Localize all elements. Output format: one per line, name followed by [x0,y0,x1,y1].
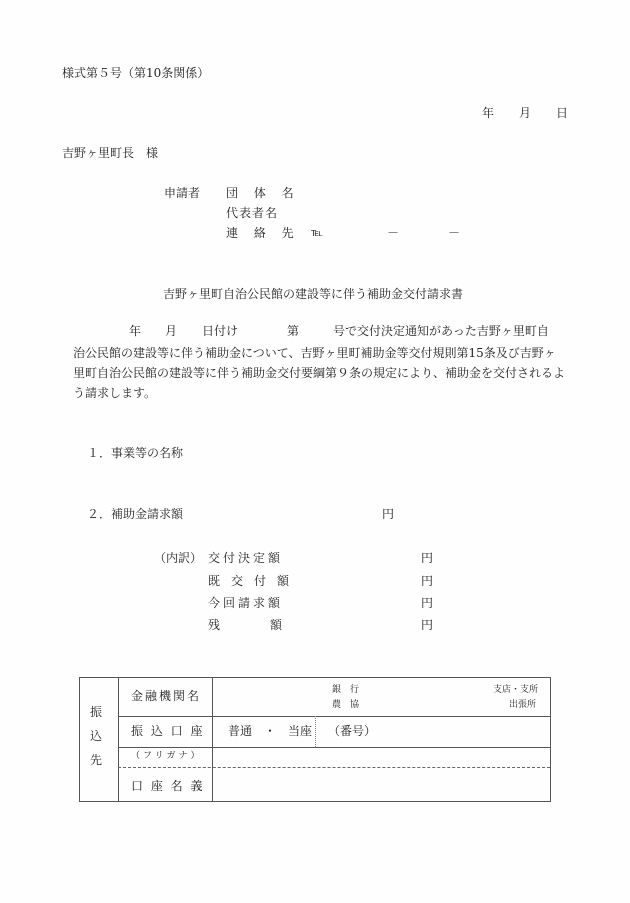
body-line3: 里町自治公民館の建設等に伴う補助金交付要綱第９条の規定により、補助金を交付される… [73,367,565,379]
divider [118,678,119,801]
representative-label: 代表者名 [226,207,278,219]
tel-dash-1: － [387,227,399,239]
body-line2: 治公民館の建設等に伴う補助金について、吉野ヶ里町補助金等交付規則第15条及び吉野… [73,347,556,359]
agri-coop-option: 農 協 [332,701,359,710]
breakdown-row-label: 残額 [208,619,332,631]
contact-label: 連 絡 先 [226,227,300,239]
tel-dash-2: － [448,227,460,239]
side-label-3: 先 [90,754,102,766]
group-name-label: 団 体 名 [226,187,300,199]
institution-label: 金融機関名 [131,690,201,702]
form-number: 様式第５号（第10条関係） [62,67,209,79]
bank-transfer-table: 振 込 先 金融機関名 銀 行 農 協 支店・支所 出張所 振 込 口 座 普通… [79,677,551,802]
breakdown-row-unit: 円 [421,575,433,587]
addressee: 吉野ヶ里町長 様 [62,147,158,159]
furigana-label: （フリガナ） [131,752,203,761]
body-line4: う請求します。 [73,387,156,399]
divider [315,716,316,747]
breakdown-row-unit: 円 [421,552,433,564]
office-option: 出張所 [509,701,536,710]
breakdown-label: （内訳） [154,552,202,564]
divider [118,716,550,717]
body-month: 月 [165,325,177,337]
applicant-label: 申請者 [164,187,200,199]
breakdown-row-unit: 円 [421,597,433,609]
item-1-label: １．事業等の名称 [87,447,183,459]
breakdown-row-label: 既交付額 [208,575,300,587]
account-number-label: （番号） [328,725,376,737]
document-title: 吉野ヶ里町自治公民館の建設等に伴う補助金交付請求書 [163,288,463,300]
body-dai: 第 [287,325,299,337]
account-holder-label: 口 座 名 義 [131,780,204,792]
body-day: 日付け [202,325,238,337]
divider [212,678,213,801]
side-label-1: 振 [90,706,102,718]
item-2-unit: 円 [382,508,394,520]
breakdown-row-unit: 円 [421,619,433,631]
date-day: 日 [556,107,568,119]
date-year: 年 [482,107,494,119]
breakdown-row-label: 交付決定額 [208,552,283,564]
tel-icon: ℡ [311,227,323,238]
bank-option: 銀 行 [332,686,359,695]
body-year: 年 [129,325,141,337]
divider [118,767,550,768]
account-label: 振 込 口 座 [131,725,204,737]
side-label-2: 込 [90,730,102,742]
date-month: 月 [519,107,531,119]
account-type: 普通 ・ 当座 [228,725,312,737]
item-2-label: ２．補助金請求額 [87,508,183,520]
divider [118,747,550,748]
body-line1-rest: 号で交付決定通知があった吉野ヶ里町自 [333,325,549,337]
branch-option: 支店・支所 [493,686,538,695]
breakdown-row-label: 今回請求額 [208,597,283,609]
